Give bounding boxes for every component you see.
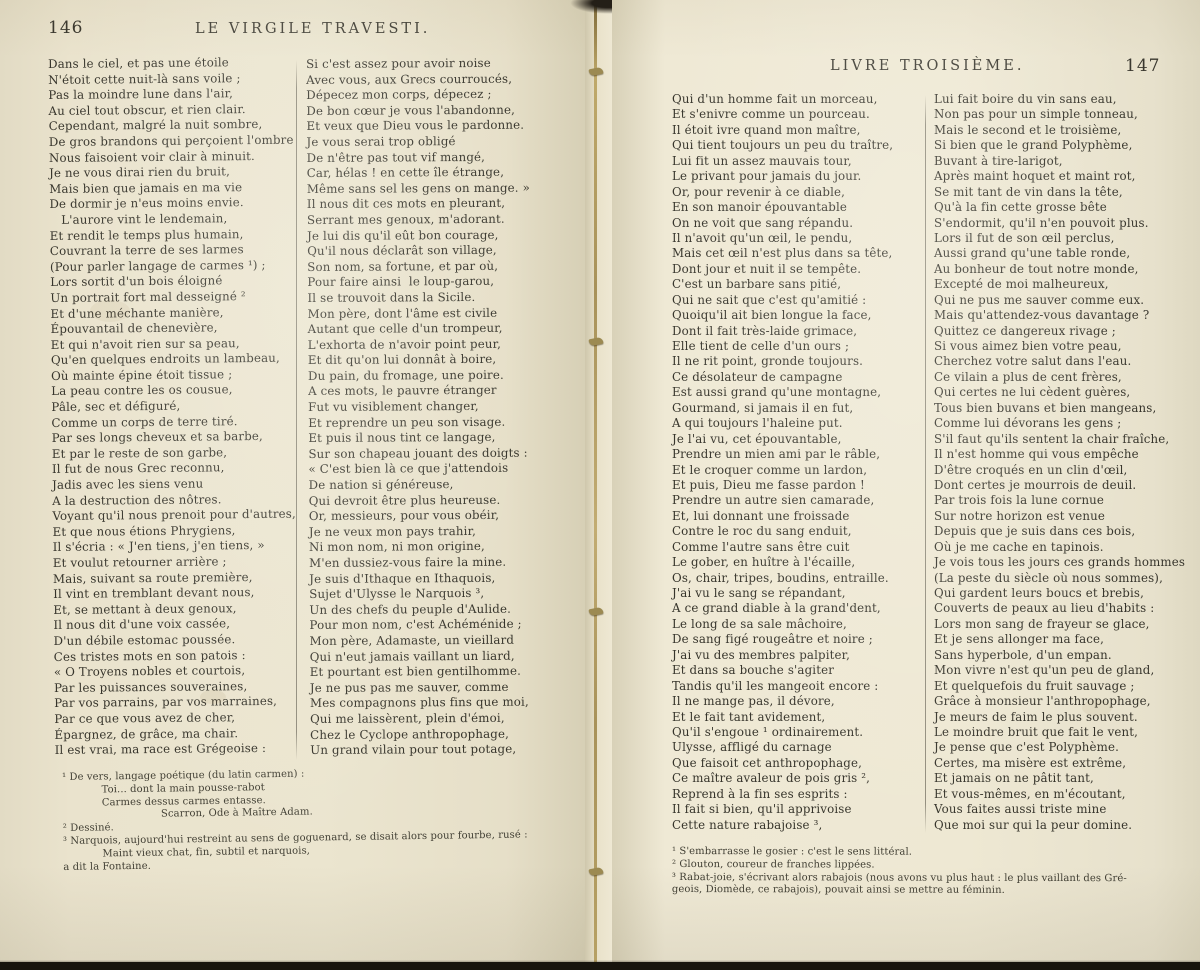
right-page-number: 147 (1125, 56, 1160, 76)
verse-line: Dont jour et nuit il se tempête. (672, 262, 922, 277)
binding-stitch (588, 607, 603, 617)
verse-line: Qu'à la fin cette grosse bête (934, 200, 1194, 215)
right-column-2: Lui fait boire du vin sans eau,Non pas p… (934, 92, 1194, 833)
verse-line: Excepté de moi malheureux, (934, 277, 1194, 292)
verse-line: Ce maître avaleur de pois gris ², (672, 771, 922, 786)
verse-line: Voyant qu'il nous prenoit pour d'autres, (52, 507, 297, 525)
verse-line: Même sans sel les gens on mange. » (307, 180, 567, 197)
right-column-divider (925, 95, 926, 833)
verse-line: Par ses longs cheveux et sa barbe, (52, 429, 297, 447)
verse-line: S'il faut qu'ils sentent la chair fraîch… (934, 432, 1194, 447)
verse-line: Si c'est assez pour avoir noise (306, 55, 566, 72)
verse-line: Il est vrai, ma race est Grégeoise : (55, 741, 300, 759)
verse-line: Qui n'eut jamais vaillant un liard, (310, 648, 570, 665)
verse-line: Et pourtant est bien gentilhomme. (310, 664, 570, 681)
verse-line: Il n'est homme qui vous empêche (934, 447, 1194, 462)
verse-line: En son manoir épouvantable (672, 200, 922, 215)
verse-line: Mais cet œil n'est plus dans sa tête, (672, 246, 922, 261)
verse-line: De sang figé rougeâtre et noire ; (672, 632, 922, 647)
binding-thread (594, 0, 597, 962)
verse-line: Et s'enivre comme un pourceau. (672, 107, 922, 122)
verse-line: Et puis, Dieu me fasse pardon ! (672, 478, 922, 493)
verse-line: De bon cœur je vous l'abandonne, (306, 102, 566, 119)
verse-line: Qui tient toujours un peu du traître, (672, 138, 922, 153)
right-page: LIVRE TROISIÈME. 147 Qui d'un homme fait… (612, 0, 1200, 962)
verse-line: Quoiqu'il ait bien longue la face, (672, 308, 922, 323)
verse-line: Aussi grand qu'une table ronde, (934, 246, 1194, 261)
verse-line: Son nom, sa fortune, et par où, (307, 258, 567, 275)
verse-line: Depuis que je suis dans ces bois, (934, 524, 1194, 539)
right-footnotes: ¹ S'embarrasse le gosier : c'est le sens… (672, 846, 1192, 899)
verse-line: Par vos parrains, par vos marraines, (54, 694, 299, 712)
verse-line: Contre le roc du sang enduit, (672, 524, 922, 539)
verse-line: Qui ne pus me sauver comme eux. (934, 293, 1194, 308)
verse-line: Car, hélas ! en cette île étrange, (307, 165, 567, 182)
verse-line: Je lui dis qu'il eût bon courage, (307, 227, 567, 244)
verse-line: Je pense que c'est Polyphème. (934, 740, 1194, 755)
verse-line: A ces mots, le pauvre étranger (308, 383, 568, 400)
verse-line: Que moi sur qui la peur domine. (934, 818, 1194, 833)
verse-line: Quittez ce dangereux rivage ; (934, 324, 1194, 339)
verse-line: Lui fit un assez mauvais tour, (672, 154, 922, 169)
verse-line: Or, pour revenir à ce diable, (672, 185, 922, 200)
verse-line: Il se trouvoit dans la Sicile. (307, 289, 567, 306)
verse-line: Le privant pour jamais du jour. (672, 169, 922, 184)
verse-line: Buvant à tire-larigot, (934, 154, 1194, 169)
verse-line: Et puis il nous tint ce langage, (308, 430, 568, 447)
verse-line: A qui toujours l'haleine put. (672, 416, 922, 431)
verse-line: Sujet d'Ulysse le Narquois ³, (309, 586, 569, 603)
verse-line: Et, lui donnant une froissade (672, 509, 922, 524)
footnote-line: ² Glouton, coureur de franches lippées. (672, 859, 1192, 873)
verse-line: Cette nature rabajoise ³, (672, 818, 922, 833)
verse-line: Qu'il nous déclarât son village, (307, 243, 567, 260)
verse-line: Mes compagnons plus fins que moi, (310, 695, 570, 712)
verse-line: Dont certes je mourrois de deuil. (934, 478, 1194, 493)
verse-line: Sur son chapeau jouant des doigts : (308, 445, 568, 462)
verse-line: Ce désolateur de campagne (672, 370, 922, 385)
left-running-title: LE VIRGILE TRAVESTI. (195, 21, 430, 37)
verse-line: Je suis d'Ithaque en Ithaquois, (309, 570, 569, 587)
verse-line: Gourmand, si jamais il en fut, (672, 401, 922, 416)
verse-line: Lors il fut de son œil perclus, (934, 231, 1194, 246)
book-gutter (585, 0, 615, 962)
verse-line: Il ne rit point, gronde toujours. (672, 354, 922, 369)
verse-line: D'être croqués en un clin d'œil, (934, 463, 1194, 478)
footnote-line: ¹ S'embarrasse le gosier : c'est le sens… (672, 846, 1192, 860)
verse-line: Si bien que le grand Polyphème, (934, 138, 1194, 153)
verse-line: Qu'il s'engoue ¹ ordinairement. (672, 725, 922, 740)
verse-line: (Pour parler langage de carmes ¹) ; (50, 257, 295, 275)
verse-line: Prendre un autre sien camarade, (672, 493, 922, 508)
verse-line: De gros brandons qui perçoient l'ombre (49, 133, 294, 151)
verse-line: Je l'ai vu, cet épouvantable, (672, 432, 922, 447)
verse-line: L'exhorta de n'avoir point peur, (308, 336, 568, 353)
verse-line: Je meurs de faim le plus souvent. (934, 710, 1194, 725)
verse-line: Autant que celle d'un trompeur, (308, 321, 568, 338)
footnote-line: geois, Diomède, ce rabajois), pouvait ai… (672, 884, 1192, 898)
verse-line: « C'est bien là ce que j'attendois (308, 461, 568, 478)
verse-line: Je vous serai trop obligé (306, 133, 566, 150)
verse-line: J'ai vu des membres palpiter, (672, 648, 922, 663)
left-footnotes: ¹ De vers, langage poétique (du latin ca… (62, 765, 563, 874)
verse-line: Qui me laissèrent, plein d'émoi, (310, 710, 570, 727)
verse-line: Comme l'autre sans être cuit (672, 540, 922, 555)
verse-line: Ce vilain a plus de cent frères, (934, 370, 1194, 385)
verse-line: Reprend à la fin ses esprits : (672, 787, 922, 802)
verse-line: Et jamais on ne pâtit tant, (934, 771, 1194, 786)
book-photo: 146 LE VIRGILE TRAVESTI. Dans le ciel, e… (0, 0, 1200, 970)
verse-line: On ne voit que sang répandu. (672, 216, 922, 231)
verse-line: Serrant mes genoux, m'adorant. (307, 211, 567, 228)
verse-line: Si vous aimez bien votre peau, (934, 339, 1194, 354)
verse-line: Le gober, en huître à l'écaille, (672, 555, 922, 570)
verse-line: Tandis qu'il les mangeoit encore : (672, 679, 922, 694)
verse-line: Or, messieurs, pour vous obéir, (309, 508, 569, 525)
verse-line: Que faisoit cet anthropophage, (672, 756, 922, 771)
verse-line: Un grand vilain pour tout potage, (310, 742, 570, 759)
verse-line: Mon vivre n'est qu'un peu de gland, (934, 663, 1194, 678)
verse-line: Cherchez votre salut dans l'eau. (934, 354, 1194, 369)
photo-bottom-edge (0, 960, 1200, 970)
verse-line: Comme lui dévorans les gens ; (934, 416, 1194, 431)
binding-stitch (588, 67, 603, 77)
verse-line: Un des chefs du peuple d'Aulide. (309, 601, 569, 618)
verse-line: C'est un barbare sans pitié, (672, 277, 922, 292)
left-column-divider (296, 60, 297, 760)
verse-line: Et reprendre un peu son visage. (308, 414, 568, 431)
binding-stitch (588, 337, 603, 347)
verse-line: Certes, ma misère est extrême, (934, 756, 1194, 771)
verse-line: Et je sens allonger ma face, (934, 632, 1194, 647)
verse-line: Vous faites aussi triste mine (934, 802, 1194, 817)
verse-line: S'endormit, qu'il n'en pouvoit plus. (934, 216, 1194, 231)
verse-line: Non pas pour un simple tonneau, (934, 107, 1194, 122)
verse-line: M'en dussiez-vous faire la mine. (309, 554, 569, 571)
verse-line: Se mit tant de vin dans la tête, (934, 185, 1194, 200)
verse-line: Et dans sa bouche s'agiter (672, 663, 922, 678)
verse-line: Est aussi grand qu'une montagne, (672, 385, 922, 400)
verse-line: Pour mon nom, c'est Achéménide ; (309, 617, 569, 634)
verse-line: Sans hyperbole, d'un empan. (934, 648, 1194, 663)
verse-line: De n'être pas tout vif mangé, (307, 149, 567, 166)
verse-line: Fut vu visiblement changer, (308, 398, 568, 415)
verse-line: Sur notre horizon est venue (934, 509, 1194, 524)
verse-line: Où je me cache en tapinois. (934, 540, 1194, 555)
verse-line: Après maint hoquet et maint rot, (934, 169, 1194, 184)
verse-line: Prendre un mien ami par le râble, (672, 447, 922, 462)
verse-line: De nation si généreuse, (309, 476, 569, 493)
binding-stitch (588, 867, 603, 877)
verse-line: Qui certes ne lui cèdent guères, (934, 385, 1194, 400)
verse-line: Et dit qu'on lui donnât à boire, (308, 352, 568, 369)
verse-line: Avec vous, aux Grecs courroucés, (306, 71, 566, 88)
verse-line: Au bonheur de tout notre monde, (934, 262, 1194, 277)
verse-line: Mais qu'attendez-vous davantage ? (934, 308, 1194, 323)
verse-line: A ce grand diable à la grand'dent, (672, 601, 922, 616)
verse-line: Je vois tous les jours ces grands hommes (934, 555, 1194, 570)
left-column-1: Dans le ciel, et pas une étoileN'étoit c… (48, 55, 300, 759)
verse-line: Je ne pus pas me sauver, comme (310, 679, 570, 696)
verse-line: Pour faire ainsi le loup-garou, (307, 274, 567, 291)
verse-line: Il ne mange pas, il dévore, (672, 694, 922, 709)
verse-line: Tous bien buvans et bien mangeans, (934, 401, 1194, 416)
verse-line: Elle tient de celle d'un ours ; (672, 339, 922, 354)
right-running-title: LIVRE TROISIÈME. (830, 58, 1024, 74)
verse-line: Ulysse, affligé du carnage (672, 740, 922, 755)
verse-line: Par trois fois la lune cornue (934, 493, 1194, 508)
verse-line: Et le fait tant avidement, (672, 710, 922, 725)
verse-line: Qu'en quelques endroits un lambeau, (51, 351, 296, 369)
verse-line: Mais le second et le troisième, (934, 123, 1194, 138)
verse-line: J'ai vu le sang se répandant, (672, 586, 922, 601)
verse-line: (La peste du siècle où nous sommes), (934, 571, 1194, 586)
left-page-number: 146 (48, 18, 83, 38)
verse-line: Dépecez mon corps, dépecez ; (306, 87, 566, 104)
verse-line: Qui ne sait que c'est qu'amitié : (672, 293, 922, 308)
verse-line: Et le croquer comme un lardon, (672, 463, 922, 478)
verse-line: Mon père, Adamaste, un vieillard (310, 632, 570, 649)
right-column-1: Qui d'un homme fait un morceau,Et s'eniv… (672, 92, 922, 833)
verse-line: Qui d'un homme fait un morceau, (672, 92, 922, 107)
verse-line: Et vous-mêmes, en m'écoutant, (934, 787, 1194, 802)
verse-line: Dont il fait très-laide grimace, (672, 324, 922, 339)
verse-line: Mon père, dont l'âme est civile (308, 305, 568, 322)
verse-line: Je ne veux mon pays trahir, (309, 523, 569, 540)
verse-line: Il n'avoit qu'un œil, le pendu, (672, 231, 922, 246)
verse-line: Qui gardent leurs boucs et brebis, (934, 586, 1194, 601)
verse-line: Et quelquefois du fruit sauvage ; (934, 679, 1194, 694)
verse-line: Couverts de peaux au lieu d'habits : (934, 601, 1194, 616)
verse-line: Ni mon nom, ni mon origine, (309, 539, 569, 556)
verse-line: Le long de sa sale mâchoire, (672, 617, 922, 632)
verse-line: Il s'écria : « J'en tiens, j'en tiens, » (53, 538, 298, 556)
verse-line: Qui devroit être plus heureuse. (309, 492, 569, 509)
verse-line: Il fait si bien, qu'il apprivoise (672, 802, 922, 817)
verse-line: Chez le Cyclope anthropophage, (310, 726, 570, 743)
left-page: 146 LE VIRGILE TRAVESTI. Dans le ciel, e… (0, 0, 588, 962)
left-column-2: Si c'est assez pour avoir noiseAvec vous… (306, 55, 570, 758)
verse-line: Grâce à monsieur l'anthropophage, (934, 694, 1194, 709)
verse-line: Du pain, du fromage, une poire. (308, 367, 568, 384)
verse-line: Et veux que Dieu vous le pardonne. (306, 118, 566, 135)
verse-line: Le moindre bruit que fait le vent, (934, 725, 1194, 740)
verse-line: Il nous dit ces mots en pleurant, (307, 196, 567, 213)
verse-line: Il étoit ivre quand mon maître, (672, 123, 922, 138)
verse-line: Lors mon sang de frayeur se glace, (934, 617, 1194, 632)
verse-line: Lui fait boire du vin sans eau, (934, 92, 1194, 107)
verse-line: Os, chair, tripes, boudins, entraille. (672, 571, 922, 586)
